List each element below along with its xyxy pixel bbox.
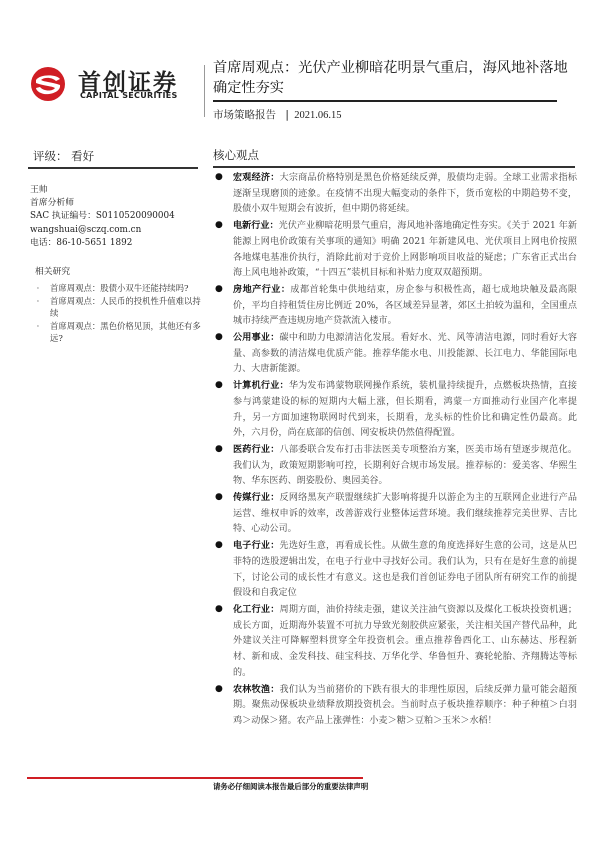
related-research-list: ·首席周观点：股债小双牛还能持续吗? ·首席周观点：人民币的投机性升值难以持续 … (30, 282, 205, 345)
report-meta: 市场策略报告 | 2021.06.15 (213, 107, 341, 122)
bullet-icon: ● (215, 682, 223, 698)
logo-name-en: CAPITAL SECURITIES (80, 91, 178, 100)
core-views-rule (213, 166, 575, 168)
bullet-icon: ● (215, 602, 223, 618)
bullet-icon: · (30, 295, 46, 308)
core-views-list: ●宏观经济：大宗商品价格特别是黑色价格延续反弹，股债均走弱。全球工业需求指标逐渐… (213, 170, 577, 730)
meta-separator: | (285, 109, 289, 121)
analyst-email[interactable]: wangshuai@sczq.com.cn (30, 224, 175, 237)
header-divider (204, 65, 205, 117)
rating: 评级： 看好 (33, 148, 94, 164)
bullet-icon: ● (215, 218, 223, 234)
analyst-phone: 电话：86-10-5651 1892 (30, 237, 175, 250)
footer-red-rule (27, 777, 363, 779)
point-pharma: ●医药行业：八部委联合发布打击非法医美专项整治方案，医美市场有望逐步规范化。我们… (213, 442, 577, 490)
bullet-icon: ● (215, 442, 223, 458)
related-item[interactable]: ·首席周观点：黑色价格见顶，其他还有多远? (30, 320, 205, 345)
rating-rule (28, 167, 198, 169)
analyst-role: 首席分析师 (30, 197, 175, 210)
bullet-icon: ● (215, 490, 223, 506)
analyst-sac: SAC 执证编号：S0110520090004 (30, 210, 175, 223)
related-item[interactable]: ·首席周观点：人民币的投机性升值难以持续 (30, 295, 205, 320)
analyst-info: 王帅 首席分析师 SAC 执证编号：S0110520090004 wangshu… (30, 184, 175, 250)
report-date: 2021.06.15 (294, 110, 341, 121)
bullet-icon: ● (215, 282, 223, 298)
analyst-name: 王帅 (30, 184, 175, 197)
bullet-icon: · (30, 320, 46, 333)
bullet-icon: · (30, 282, 46, 295)
bullet-icon: ● (215, 330, 223, 346)
point-computer: ●计算机行业：华为发布鸿蒙物联网操作系统，装机量持续提升，点燃板块热情，直接参与… (213, 378, 577, 442)
point-chemicals: ●化工行业：周期方面，油价持续走强，建议关注油气资源以及煤化工板块投资机遇；成长… (213, 602, 577, 682)
rating-label: 评级： (33, 149, 68, 163)
bullet-icon: ● (215, 378, 223, 394)
core-views-heading: 核心观点 (213, 147, 259, 163)
report-type: 市场策略报告 (213, 109, 276, 121)
point-power-equipment: ●电新行业：光伏产业柳暗花明景气重启，海风地补落地确定性夯实。《关于 2021 … (213, 218, 577, 282)
point-agriculture: ●农林牧渔：我们认为当前猪价的下跌有很大的非理性原因，后续反弹力量可能会超预期。… (213, 682, 577, 730)
related-research-title: 相关研究 (35, 264, 70, 277)
point-real-estate: ●房地产行业：成都首轮集中供地结束，房企参与积极性高，超七成地块触及最高限价，平… (213, 282, 577, 330)
capital-securities-logo-icon (30, 66, 66, 102)
rating-value: 看好 (71, 149, 94, 163)
legal-disclaimer-note: 请务必仔细阅读本报告最后部分的重要法律声明 (213, 781, 368, 792)
report-title: 首席周观点：光伏产业柳暗花明景气重启，海风地补落地确定性夯实 (213, 58, 573, 98)
related-item[interactable]: ·首席周观点：股债小双牛还能持续吗? (30, 282, 205, 295)
title-underline (213, 100, 557, 102)
point-media: ●传媒行业：反网络黑灰产联盟继续扩大影响将提升以游企为主的互联网企业进行产品运营… (213, 490, 577, 538)
point-macro: ●宏观经济：大宗商品价格特别是黑色价格延续反弹，股债均走弱。全球工业需求指标逐渐… (213, 170, 577, 218)
bullet-icon: ● (215, 538, 223, 554)
point-electronics: ●电子行业：先选好生意，再看成长性。从做生意的角度选择好生意的公司，这是从巴菲特… (213, 538, 577, 602)
point-utilities: ●公用事业：碳中和助力电源清洁化发展。看好水、光、风等清洁电源，同时看好大容量、… (213, 330, 577, 378)
bullet-icon: ● (215, 170, 223, 186)
company-logo: 首创证券 CAPITAL SECURITIES (30, 66, 200, 104)
